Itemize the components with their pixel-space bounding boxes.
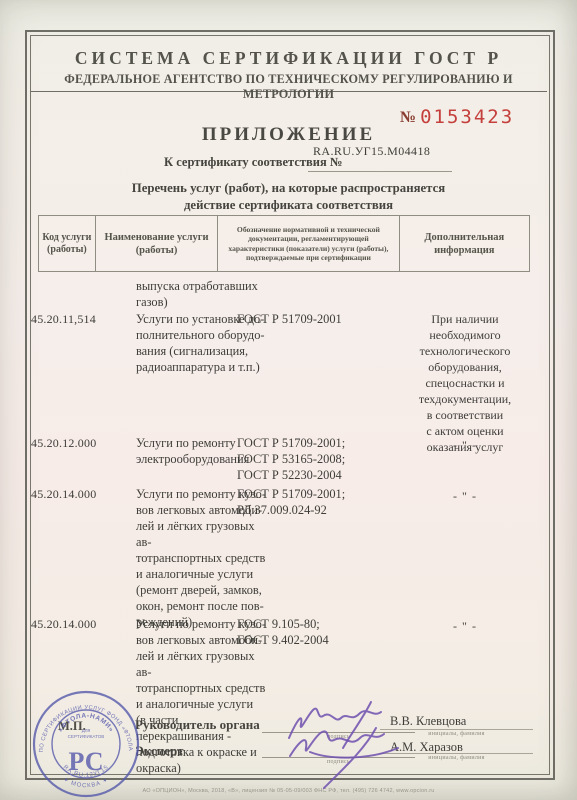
table-row-code: 45.20.14.000 <box>31 486 135 502</box>
head-of-body-label: Руководитель органа <box>135 717 260 733</box>
services-list-subtitle-line2: действие сертификата соответствия <box>30 198 547 213</box>
services-list-subtitle-line1: Перечень услуг (работ), на которые распр… <box>30 181 547 196</box>
stamp-rst-mark: РС <box>69 747 104 776</box>
table-row-info: - " - <box>400 435 530 453</box>
table-header: Код услуги (работы) Наименование услуги … <box>38 215 530 272</box>
table-row-docs: ГОСТ Р 51709-2001; ГОСТ Р 53165-2008; ГО… <box>237 435 397 483</box>
table-row-code: 45.20.12.000 <box>31 435 135 451</box>
column-header-normative-docs: Обозначение нормативной и технической до… <box>218 216 399 271</box>
expert-signature-ink <box>280 722 432 794</box>
table-row-info: - " - <box>400 486 530 504</box>
table-row-info: - " - <box>400 616 530 634</box>
table-row-docs: ГОСТ 9.105-80; ГОСТ 9.402-2004 <box>237 616 397 648</box>
column-header-service-name: Наименование услуги (работы) <box>96 216 219 271</box>
table-row-docs: ГОСТ Р 51709-2001 <box>237 311 397 327</box>
table-row-info: При наличии необходимого технологическог… <box>400 311 530 455</box>
column-header-service-code: Код услуги (работы) <box>39 216 96 271</box>
appendix-title: ПРИЛОЖЕНИЕ <box>30 124 547 146</box>
stamp-certificates-label: СЕРТИФИКАТОВ <box>68 734 105 739</box>
table-row-docs: ГОСТ Р 51709-2001; РД 37.009.024-92 <box>237 486 397 518</box>
table-row-code: 45.20.11,514 <box>31 311 135 327</box>
certificate-number-underline <box>308 171 452 172</box>
agency-title: ФЕДЕРАЛЬНОЕ АГЕНТСТВО ПО ТЕХНИЧЕСКОМУ РЕ… <box>30 72 547 102</box>
certificate-appendix-page: СИСТЕМА СЕРТИФИКАЦИИ ГОСТ Р ФЕДЕРАЛЬНОЕ … <box>0 0 577 800</box>
column-header-additional-info: Дополнительная информация <box>400 216 529 271</box>
table-row-code: 45.20.14.000 <box>31 616 135 632</box>
certificate-reference-label: К сертификату соответствия № <box>164 155 342 170</box>
table-row-continuation-name: выпуска отработавших газов) <box>136 278 266 310</box>
stamp-ring-text: ОРГАН ПО СЕРТИФИКАЦИИ УСЛУГ ФОНД «ФТОЛА-… <box>28 688 133 753</box>
certification-system-title: СИСТЕМА СЕРТИФИКАЦИИ ГОСТ Р <box>30 48 547 69</box>
certification-body-stamp: ОРГАН ПО СЕРТИФИКАЦИИ УСЛУГ ФОНД «ФТОЛА-… <box>28 688 144 800</box>
